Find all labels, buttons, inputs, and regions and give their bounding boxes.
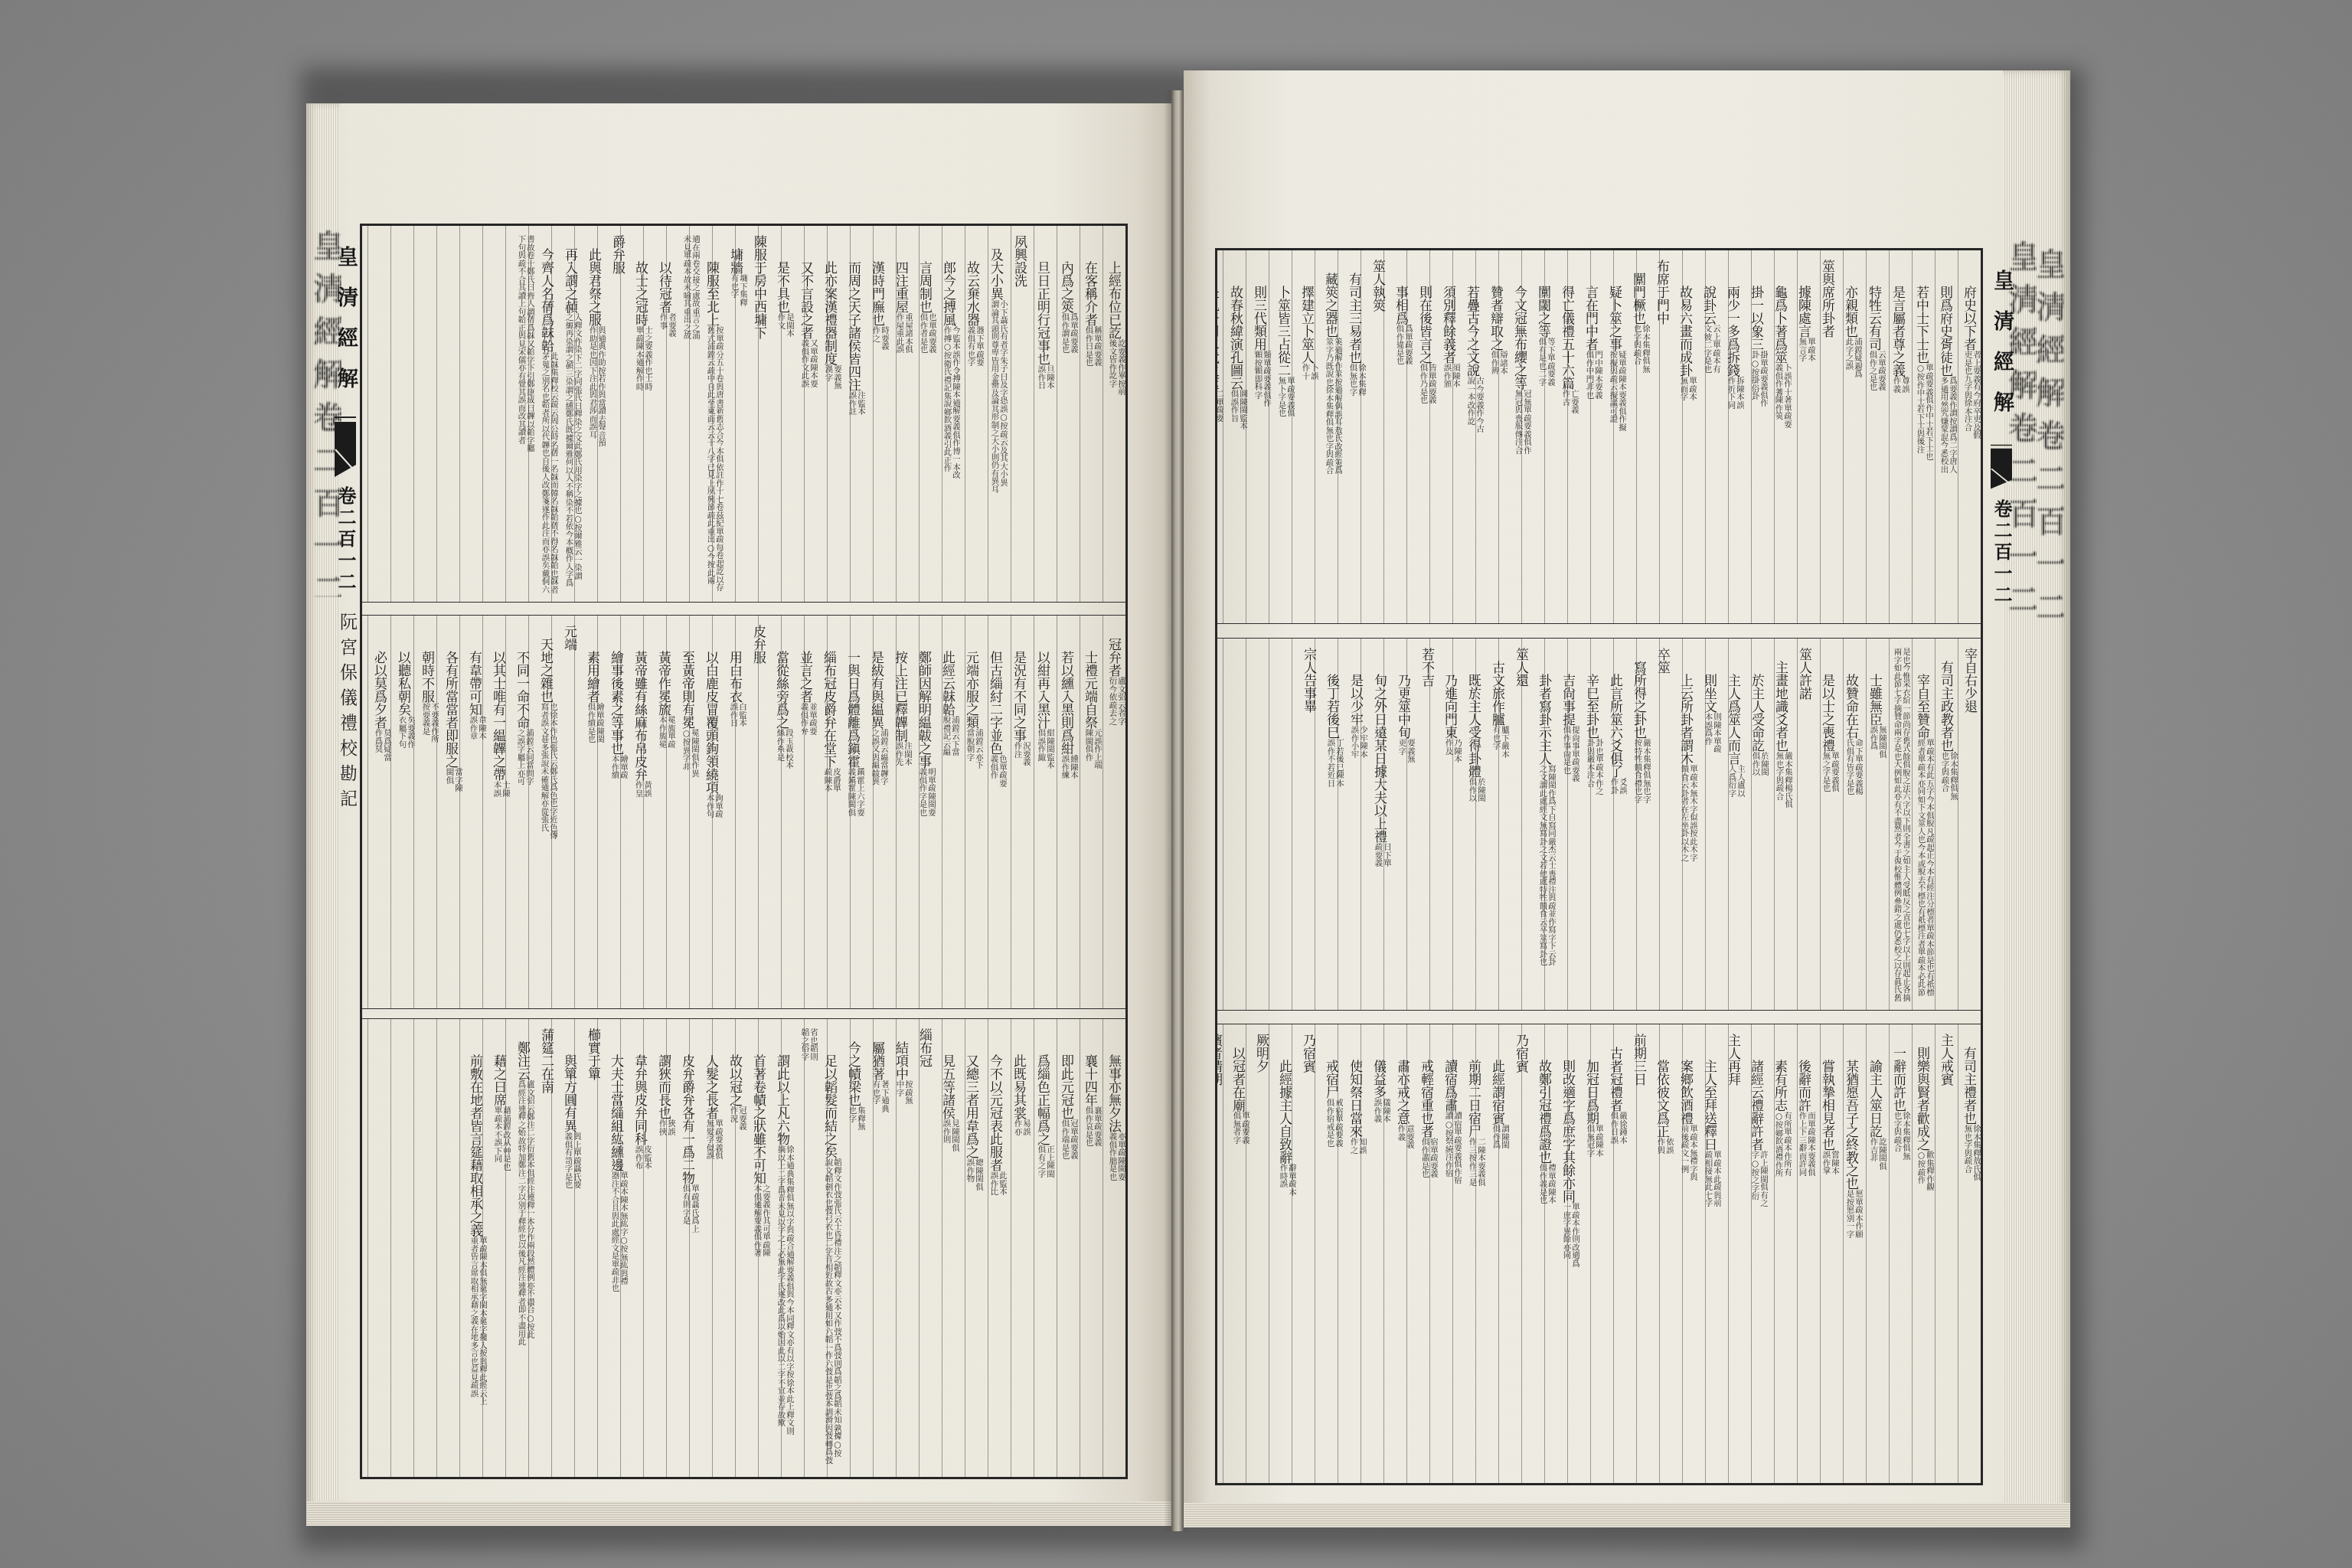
collation-entry: 案鄉飲酒禮單疏本無禮字與前後疏文一例	[1674, 1034, 1697, 1478]
collation-entry: 屬猶著著下通典有也字	[865, 1028, 889, 1472]
collation-entry: 諭主人筮日訖訖陳閩俱作吉非	[1863, 1034, 1886, 1478]
note-segment: 紺陳閩監本俱誤作緅	[1037, 729, 1054, 770]
quoted-phrase: 四注重屋	[893, 261, 908, 313]
note-segment: 單疏陳本俱無筵字閩本筵字攙入按與釋此經云上重者皆言席取相承藉之義在地多言也益見疏…	[469, 1236, 487, 1406]
classic-text-heading: 緇布冠	[913, 1028, 936, 1472]
collation-entry: 以待冠者者要義作事	[652, 235, 676, 597]
collation-entry: 擇建立卜筮人卜誤作十	[1295, 260, 1318, 619]
quoted-phrase: 寫所得之卦也	[1631, 661, 1646, 739]
collation-note: 於陳閩俱作以	[1749, 752, 1764, 777]
quoted-phrase: 吉尙事提	[1560, 674, 1575, 726]
note-segment: 白監本誤作日	[729, 703, 746, 728]
quoted-phrase: 夙興設洗	[1011, 235, 1027, 287]
collation-entry: 士禮元端自祭元誤作上端陳閩俱作	[1078, 625, 1102, 1004]
collation-entry: 首著卷幘之狀雖不可知之要義作其可單疏陳本俱通解要義俱作著	[746, 1028, 770, 1472]
note-segment: 士陳本誤	[492, 781, 510, 798]
quoted-phrase: 上經布位已訖	[1106, 261, 1121, 339]
collation-note: 盧文弨云者字衍今依疏去之	[1106, 677, 1121, 726]
quoted-phrase: 事相爲	[1393, 286, 1408, 325]
quoted-phrase: 闑門橛也	[1630, 273, 1645, 325]
quoted-phrase: 主人至拜送釋曰	[1701, 1060, 1717, 1151]
quoted-phrase: 筮人執筴	[1370, 260, 1385, 312]
collation-note: 黃誤作皇	[632, 781, 647, 798]
note-segment: 者要義作事	[658, 313, 676, 338]
collation-note: 段玉裁校本絲作糸是	[774, 729, 789, 770]
note-segment: 疑單疏陳本要義俱作擬按擬與疏云擬議可證	[1609, 351, 1626, 432]
quoted-phrase: 此與君祭之服	[586, 248, 601, 326]
collation-note: 此監本誤作比	[988, 1171, 1002, 1197]
collation-entry: 此經謂宿賓謂陳閩俱作爲	[1485, 1034, 1509, 1478]
quoted-phrase: 則樂與賢者歡成之	[1914, 1047, 1929, 1151]
quoted-phrase: 前期三日	[1631, 1034, 1646, 1086]
note-segment: 按疏無中字	[895, 1080, 913, 1106]
collation-entry: 須別釋餘義者須陳本誤作頒	[1436, 260, 1460, 619]
collation-entry: 既於主人受得卦體於陳閩俱作以	[1462, 648, 1485, 1005]
collation-entry: 故云棄水器器下單疏要義俱有也字	[960, 235, 984, 597]
collation-entry: 旦日正明行冠事也旦陳本誤作日	[1031, 235, 1054, 597]
note-segment: 浦鏜云同當問字之誤字屬上亦可	[516, 729, 534, 786]
note-segment: 盧文弨云者字衍今依疏去之	[1108, 677, 1125, 726]
collation-entry: 以其士唯有一緼韠之帶士陳本誤	[486, 625, 510, 1004]
collation-note: 命下單疏要義楊氏俱有皆字是也	[1844, 739, 1858, 796]
collation-note: 徐本集釋敖氏俱無也字與疏合	[1962, 1125, 1976, 1182]
collation-note: 等下單疏要義俱有是也二字	[1536, 338, 1550, 387]
quoted-phrase: 龜爲卜著爲筮	[1772, 286, 1787, 364]
note-segment: 士之要義作也士時單疏陳本通解作時	[635, 326, 652, 391]
collation-entry: 今文冠無布纓之等冠無單疏要義俱作無冠與喪服傳注合	[1508, 260, 1531, 619]
collation-entry: 以白鹿皮冒覆頭鉤領繞項鉤單疏本作句	[699, 625, 723, 1004]
collation-entry: 古者冠禮者嚴徐鍾本俱作日誤	[1603, 1034, 1627, 1478]
collation-entry: 若疊古今之文說古今要義作今古說一本改作訖	[1460, 260, 1484, 619]
collation-entry: 至黃帝則有冕冕陳閩俱作異○按異字非也	[675, 625, 699, 1004]
note-segment: 主人盧以人爲衍字	[1727, 765, 1745, 798]
collation-note: 士陳本誤	[491, 781, 505, 798]
note-segment: 於陳閩俱作以	[1751, 752, 1769, 777]
quoted-phrase: 於主人受命訖	[1749, 674, 1764, 752]
note-segment: 冠要義作況	[729, 1106, 746, 1132]
collation-note: 與通典作助按若作與當讀去聲音預作助是也因下注此與君涉而誤耳	[586, 326, 601, 448]
note-segment: 而單疏陳本要義俱作上下三辭而許同	[1798, 1112, 1815, 1177]
fishtail-mark-icon	[1991, 444, 2012, 490]
note-segment: 易誤作亦	[1013, 1119, 1031, 1136]
note-segment: 辭單疏本作時誤	[1279, 1164, 1296, 1197]
note-segment: 墉下集釋有也字	[730, 274, 747, 307]
note-segment: 謂陳閩俱作爲	[1491, 1125, 1509, 1150]
classic-text-heading: 乃宿賓	[1296, 1034, 1319, 1478]
note-segment: 單疏聶氏爲上俱有則字是	[681, 1184, 699, 1233]
collation-note: 易誤作亦	[1011, 1119, 1026, 1136]
collation-note: 與上單疏聶氏要義俱有笥字是也	[562, 1132, 577, 1190]
register-top: 府史以下者者上要義有今府卒吏及假吏是也九字與徐本注合則爲府史胥徒也爲要義作謂按謂…	[1217, 250, 1981, 624]
quoted-phrase: 筮人還	[1513, 648, 1528, 687]
note-segment: 浦鏜疑親爲此字之誤	[1844, 338, 1862, 379]
collation-note: 辯諸本俱作辨	[1488, 351, 1503, 376]
collation-entry: 是孔子用二代之筮二單疏要義俱作異	[1217, 260, 1223, 619]
collation-note: 門中陳本要義俱作中門非也	[1583, 351, 1598, 400]
collation-note: 明單疏陳閩要義俱作字是也	[916, 768, 931, 817]
note-segment: 韜釋文作弢張氏云士昏禮注之韜釋文亦云本又作弢不爲弢則爲韜之爲韜未知孰據○按說文韜…	[824, 1158, 841, 1465]
quoted-phrase: 主人戒賓	[1938, 1034, 1953, 1086]
note-segment: 之要義作其可單疏陳本俱通解要義俱作著	[753, 1184, 770, 1258]
quoted-phrase: 是孔子用二代之筮	[1217, 286, 1219, 390]
note-segment: 嘗陳本誤作掌	[1821, 1151, 1839, 1176]
quoted-phrase: 是況有不同之事	[1011, 651, 1026, 742]
quoted-phrase: 主畫地識爻者也	[1772, 661, 1788, 752]
collation-note: 徐本集釋俱無也字與疏合	[1891, 1112, 1906, 1161]
note-segment: 單疏要義俱作中士若下士也○按作中士若下士與後注合	[1916, 364, 1933, 461]
collation-note: 嚴徐鍾本俱作日誤	[1608, 1112, 1622, 1145]
collation-note: 紺陳閩監本俱誤作緅	[1035, 729, 1050, 770]
collation-entry: 則樂與賢者歡成之歡集釋作觀○按疏作歡	[1910, 1034, 1934, 1478]
quoted-phrase: 上云所卦者謂木	[1677, 674, 1693, 765]
quoted-phrase: 須別釋餘義者	[1440, 286, 1455, 364]
classic-text-heading: 筮與席所卦者	[1815, 260, 1838, 619]
collation-entry: 得亡儀禮五十六篇亡要義作古	[1555, 260, 1579, 619]
text-frame: 上經布位已訖訖要義作畢按前後文皆作訖字在客稱介者稱單疏要義俱作曰是也內爲之筴爲單…	[360, 224, 1128, 1479]
quoted-phrase: 讀宿爲肅	[1442, 1060, 1457, 1112]
collation-note: 單疏要義俱作中士若下士也○按作中士若下士與後注合	[1914, 364, 1929, 461]
quoted-phrase: 蒲筵二在南	[538, 1028, 554, 1093]
collation-note: 臚下嚴本有也字	[1490, 726, 1504, 759]
quoted-phrase: 此亦案漢禮器制度	[822, 261, 837, 365]
collation-note: 單疏要義俱無之字是也	[1820, 752, 1834, 793]
note-segment: 徐本通典集釋俱無以字與疏合通解要義俱與今本同釋文亦有以字按徐本此上釋文則摘以上二…	[776, 1145, 794, 1436]
collation-entry: 於主人受命訖於陳閩俱作以	[1745, 648, 1769, 1005]
quoted-phrase: 一與日爲體離爲鎭霍	[844, 651, 860, 768]
quoted-phrase: 前敷在地者皆言筵藉取相承之義	[467, 1054, 482, 1236]
collation-note: 況要義作注	[1011, 742, 1026, 767]
quoted-phrase: 爵弁服	[609, 235, 625, 274]
quoted-phrase: 辛巳至卦也	[1583, 674, 1599, 739]
quoted-phrase: 至黃帝則有冕	[679, 651, 694, 729]
collation-entry: 按上注已釋韠制注閩本誤作先	[888, 625, 912, 1004]
quoted-phrase: 而周之天子諸侯皆四注	[845, 261, 861, 391]
quoted-phrase: 鄭師因解明緼韍之事	[916, 651, 931, 768]
quoted-phrase: 元端亦服之類	[963, 651, 978, 729]
collation-entry: 闑門橛也徐本集釋俱無也字與疏合	[1626, 260, 1650, 619]
collation-entry: 韋弁與皮弁同科皮監本誤作布	[628, 1028, 652, 1472]
collation-note: 單疏本無而字	[1677, 377, 1692, 402]
collation-note: 冠要義作況	[727, 1106, 742, 1132]
note-segment: 浦鏜云緼當韠字之誤又與緼韍異	[871, 729, 888, 786]
collation-note: 當字陳閩俱	[443, 768, 458, 793]
collation-note: 著下通典有也字	[870, 1080, 884, 1113]
note-segment: 單疏本無而字	[1679, 377, 1697, 402]
quoted-phrase: 筮人許諾	[1796, 648, 1811, 700]
collation-entry: 闑閾之等等下單疏要義俱有是也二字	[1531, 260, 1555, 619]
note-segment: 訖陳閩俱作吉非	[1869, 1138, 1886, 1171]
note-segment: 等下單疏要義俱有是也二字	[1537, 338, 1555, 387]
collation-note: 乃陳本作及	[1442, 739, 1457, 764]
note-segment: 狹誤作挾	[658, 1119, 675, 1136]
collation-entry: 使知祭日當來知誤作之	[1343, 1034, 1367, 1478]
collation-entry: 有韋帶可知韋陳本誤作章	[462, 625, 486, 1004]
classic-text-heading: 宰自右少退	[1958, 648, 1981, 1005]
collation-entry: 有司主政教者也徐本集釋俱無也字與疏合	[1934, 648, 1958, 1005]
collation-note: 浦鏜云同當問字之誤字屬上亦可	[514, 729, 529, 786]
note-segment: 明單疏陳閩要義俱作字是也	[918, 768, 936, 817]
collation-entry: 主畫地識爻者也嚴本集釋楊氏俱無也字與疏合	[1769, 648, 1792, 1005]
quoted-phrase: 是以少牢	[1347, 674, 1363, 726]
note-segment: 愿單疏本作願是按愿別一字	[1845, 1190, 1863, 1239]
collation-entry: 肅亦戒之意意要義作義	[1390, 1034, 1414, 1478]
collation-entry: 贊者辯取之辯諸本俱作辨	[1484, 260, 1508, 619]
collation-entry: 無事亦無夕法亦單疏陳閩要義俱作朏是也	[1102, 1028, 1125, 1472]
collation-note: 有所單疏本作所有○按鄉飲酒禮作所有	[1772, 1112, 1787, 1185]
note-segment: 尊誤作義	[1892, 377, 1909, 394]
quoted-phrase: 有司主禮者也	[1961, 1047, 1976, 1125]
collation-entry: 言在門中者門中陳本要義俱作中門非也	[1579, 260, 1602, 619]
note-segment: 集釋無也字	[848, 1106, 865, 1132]
note-segment: 與上單疏聶氏要義俱有笥字是也	[563, 1132, 581, 1190]
collation-entry: 今之幘梁也集釋無也字	[841, 1028, 865, 1472]
fore-edge-header-bleed: 皇清經解卷二百一二	[2033, 248, 2064, 623]
collation-note: 徐本集釋俱無也字與疏合	[1631, 325, 1645, 374]
quoted-phrase: 若以纁入黑則爲紺	[1058, 651, 1073, 755]
collation-note: 單疏要義俱無者字	[1230, 1112, 1245, 1145]
collation-entry: 此亦案漢禮器制度要義無漢字	[818, 235, 841, 597]
quoted-phrase: 郎今之搏風	[940, 261, 955, 326]
note-segment: 單疏要義俱無卜字是也	[1277, 377, 1295, 418]
collation-note: 爻誤作卦	[1608, 778, 1622, 795]
classic-text-heading: 蒲筵二在南	[534, 1028, 557, 1472]
collation-note: 拆陳本誤作折下同	[1725, 377, 1739, 410]
collation-note: 依誤作與	[1655, 1138, 1669, 1155]
volume-number: 卷二百一二	[334, 486, 357, 593]
collation-note: 不要義作所按要義是	[420, 703, 434, 744]
collation-entry: 此與君祭之服與通典作助按若作與當讀去聲音預作助是也因下注此與君涉而誤耳	[582, 235, 606, 597]
collation-entry: 是以士之喪禮單疏要義俱無之字是也	[1815, 648, 1839, 1005]
collation-entry: 與簞方圓有異與上單疏聶氏要義俱有笥字是也	[557, 1028, 581, 1472]
note-segment: 二單疏要義俱作異	[1217, 390, 1223, 423]
note-segment: 爻誤作卦	[1609, 778, 1627, 795]
note-segment: 當字陳閩俱	[445, 768, 462, 793]
classic-text-heading: 筮人還	[1509, 648, 1532, 1005]
collation-entry: 掛一以象三掛單疏要義俱作卦○按掛俗卦字	[1744, 260, 1768, 619]
classic-text-heading: 卒筮	[1651, 648, 1674, 1005]
collation-note: 卜誤作十著單疏要義俱作蓍陳作筴	[1772, 364, 1787, 429]
collation-entry: 辛巳至卦也卦也單疏本作之卦與嚴本注合	[1579, 648, 1603, 1005]
note-segment: 命下單疏要義楊氏俱有皆字是也	[1845, 739, 1863, 796]
collation-entry: 是不具也是閩本作文	[770, 235, 794, 597]
collation-note: 重屋諸本俱作屋重此誤	[893, 313, 908, 354]
collation-note: 知誤作之	[1347, 1138, 1362, 1155]
note-segment: 時要義作之	[871, 326, 889, 351]
note-segment: 單疏本此疏與前疏相接無此七字	[1704, 1151, 1721, 1208]
note-segment: 著下通典有也字	[871, 1080, 889, 1113]
note-segment: 注閩本誤作先	[894, 742, 912, 767]
collation-note: 辭單疏本作時誤	[1277, 1164, 1292, 1197]
collation-note: 單疏陳本俱無筵字閩本筵字攙入按與釋此經云上重者皆言席取相承藉之義在地多言也益見疏…	[468, 1236, 482, 1406]
note-segment: 卜誤作十著單疏要義俱作蓍陳作筴	[1774, 364, 1792, 429]
collation-note: 卜誤作十	[1299, 364, 1314, 381]
quoted-phrase: 又不言設之者	[798, 261, 813, 339]
collation-note: 無陳閩俱誤作爲	[1867, 726, 1882, 759]
quoted-phrase: 用白布衣	[727, 651, 742, 703]
quoted-phrase: 使知祭日當來	[1347, 1060, 1362, 1138]
classic-text-heading: 乃宿賓	[1509, 1034, 1532, 1478]
quoted-phrase: 有司主三易者也	[1346, 273, 1361, 364]
collation-entry: 寫所得之卦也嚴本集釋俱無也字按特牲饋食禮也字	[1627, 648, 1651, 1005]
note-segment: 類單疏要義俱作顆按顆即科字	[1253, 351, 1271, 408]
note-segment: 器下單疏要義俱有也字	[966, 326, 984, 367]
note-segment: 正上陳閩俱有之字	[1037, 1145, 1054, 1178]
note-segment: 單疏本無禮字與前後疏文一例	[1680, 1125, 1697, 1182]
classic-text-heading: 厥明夕	[1249, 1034, 1272, 1478]
collation-note: 丁若後巳陳本誤作不若近日	[1325, 739, 1339, 788]
collation-note: 繪單疏陳閩俱作繢是也	[585, 703, 599, 744]
collation-note: 云單疏要義俱作之是也	[1867, 351, 1881, 392]
quoted-phrase: 是言屬者尊之義	[1890, 286, 1905, 377]
collation-entry: 足以韜髮而結之矣韜釋文作弢張氏云士昏禮注之韜釋文亦云本又作弢不爲弢則爲韜之爲韜未…	[794, 1028, 841, 1472]
collation-note: 訖陳閩俱作吉非	[1867, 1138, 1882, 1171]
collation-note: 單疏本無木字似誤按此木字饋食云卦者在左坐卦以木之	[1678, 765, 1693, 862]
quoted-phrase: 主人爲筮人而言	[1725, 674, 1740, 765]
collation-note: 並單疏要義俱作弁	[798, 703, 812, 736]
quoted-phrase: 旦日正明行冠事也	[1034, 261, 1050, 365]
quoted-phrase: 當從絲旁爲之	[773, 651, 789, 729]
collation-entry: 素用繪者繪單疏陳閩俱作繢是也	[580, 625, 604, 1004]
note-segment: 不要義作所按要義是	[421, 703, 439, 744]
note-segment: 單疏本無木字似誤按此木字饋食云卦者在左坐卦以木之	[1680, 765, 1697, 862]
note-segment: 適在兩卷交接之處故重言之浦未見單疏本故未喻其重出之故	[682, 235, 700, 341]
note-segment: 者上要義有今府卒吏及假吏是也九字與徐本注合	[1963, 351, 1981, 440]
quoted-phrase: 故云棄水器	[964, 261, 979, 326]
collation-entry: 上經布位已訖訖要義作畢按前後文皆作訖字	[1102, 235, 1125, 597]
collation-note: 今監本誤作令搏陳本通解要義俱作博一本改作搏○按衛氏禮記集說鄉飲酒義引此正作搏	[941, 326, 955, 480]
collation-note: 戒宿單疏要義俱作宿戒是也	[1324, 1099, 1338, 1148]
collation-note: 纁陳本誤作練	[1059, 755, 1073, 780]
quoted-phrase: 再入謂之赬	[562, 248, 577, 313]
collation-entry: 則在後皆言之皆單疏要義俱作乃是也	[1413, 260, 1436, 619]
collation-note: 單疏聶氏爲上俱有則字是	[680, 1184, 694, 1233]
quoted-phrase: 此既易其裳	[1011, 1054, 1026, 1119]
collation-entry: 緇布冠皮爵弁在堂下皮爵單疏陳本	[817, 625, 841, 1004]
collation-entry: 卜筮皆三占從二單疏要義俱無卜字是也	[1271, 260, 1295, 619]
collation-entry: 當從絲旁爲之段玉裁校本絲作糸是	[769, 625, 793, 1004]
collation-entry: 襄十四年襄單疏要義俱作哀是也	[1078, 1028, 1102, 1472]
classic-text-heading: 宗人告事畢	[1297, 648, 1320, 1005]
quoted-phrase: 旬之外日遠某日據大夫以上禮	[1371, 674, 1387, 843]
quoted-phrase: 則爲府史胥徒也	[1937, 286, 1952, 377]
collation-entry: 後辭而許而單疏陳本要義俱作上下三辭而許同	[1792, 1034, 1815, 1478]
collation-entry: 戒宿尸戒宿單疏要義俱作宿戒是也	[1319, 1034, 1343, 1478]
classic-text-heading: 主人再拜	[1721, 1034, 1744, 1478]
collation-entry: 一辭而許也徐本集釋俱無也字與疏合	[1886, 1034, 1910, 1478]
collation-entry: 當依彼文爲正依誤作與	[1650, 1034, 1674, 1478]
collation-note: 亦單疏陳閩要義俱作朏是也	[1106, 1132, 1121, 1181]
note-segment: 冕陳閩俱作異○按異字非也	[681, 729, 699, 778]
quoted-phrase: 既於主人受得卦體	[1465, 674, 1481, 778]
note-segment: 段玉裁校本絲作糸是	[776, 729, 793, 770]
collation-note: 意要義作義	[1395, 1125, 1410, 1150]
quoted-phrase: 某猶愿吾子之終教之也	[1843, 1060, 1858, 1190]
quoted-phrase: 爲緇色正幅爲之	[1034, 1054, 1050, 1145]
collation-entry: 主人爲筮人而言主人盧以人爲衍字	[1721, 648, 1745, 1005]
note-segment: 戒宿單疏要義俱作宿戒是也	[1325, 1099, 1343, 1148]
quoted-phrase: 在客稱介者	[1082, 261, 1097, 326]
collation-entry: 郎今之搏風今監本誤作令搏陳本通解要義俱作博一本改作搏○按衛氏禮記集說鄉飲酒義引此…	[936, 235, 960, 597]
quoted-phrase: 特牲云有司	[1866, 286, 1881, 351]
note-segment: 也單疏要義俱作者是也	[919, 313, 936, 354]
collation-note: 者要義作事	[657, 313, 671, 338]
classic-text-heading: 布席于門中	[1650, 260, 1673, 619]
note-segment: 盧文弨云鄭注二字衍舊本俱經注連釋一本分作兩段然體例亦不盡合○按此爲經注連釋之始故…	[517, 1080, 534, 1347]
note-segment: 藉浦鏜改从艸是也單疏本不誤下同	[493, 1106, 511, 1171]
quoted-phrase: 是紱有與緼異	[868, 651, 884, 729]
collation-note: 筴通解作筮按通解偶誤耳敖氏改經筴爲筮字乃既說也徐本集釋俱無也字與疏合	[1323, 338, 1338, 475]
collation-note: 尊誤作義	[1890, 377, 1905, 394]
note-segment: 今監本誤作令搏陳本通解要義俱作博一本改作搏○按衛氏禮記集說鄉飲酒義引此正作搏	[942, 326, 960, 480]
classic-text-heading: 主人戒賓	[1934, 1034, 1957, 1478]
collation-note: 注閩本誤作先	[893, 742, 907, 767]
left-page: 皇清經解卷二百一二 皇清經解 卷二百一二 阮宮保儀禮校勘記 上經布位已訖訖要義作…	[306, 103, 1171, 1526]
collation-entry: 故以冠之冠要義作況	[723, 1028, 746, 1472]
collation-entry: 再入謂之赬入釋文作染下二字同張氏曰釋染之文此鄭氏用染字之據也○按爾雅云一染謂之縓…	[558, 235, 582, 597]
collation-entry: 即此元冠也冠單疏要義俱作端是也	[1054, 1028, 1078, 1472]
note-segment: 徐本集釋敖氏俱無也字與疏合	[1963, 1125, 1981, 1182]
note-segment: 亦單疏陳閩要義俱作朏是也	[1108, 1132, 1125, 1181]
text-frame: 府史以下者者上要義有今府卒吏及假吏是也九字與徐本注合則爲府史胥徒也爲要義作謂按謂…	[1215, 248, 1983, 1485]
note-segment: 單疏本無言字	[1798, 338, 1815, 363]
note-segment: 掛單疏要義俱作卦○按掛俗卦字	[1750, 351, 1768, 408]
collation-entry: 墉牆墉下集釋有也字	[724, 235, 747, 597]
book-title: 阮宮保儀禮校勘記	[335, 612, 358, 815]
collation-entry: 前期二日宿尸二陳本要義俱作三按作三是	[1462, 1034, 1485, 1478]
note-segment: 繪單疏本作繢	[610, 755, 628, 780]
collation-note: 皮監本誤作布	[632, 1145, 647, 1171]
note-segment: 徐本集釋俱無也字與疏合	[1940, 752, 1958, 801]
note-segment: 與通典作助按若作與當讀去聲音預作助是也因下注此與君涉而誤耳	[588, 326, 606, 448]
collation-note: 旦陳本誤作日	[1035, 365, 1050, 390]
collation-entry: 見五等諸侯見陳閩俱誤作則	[936, 1028, 959, 1472]
collation-note: 提尙事單疏要義俱作事尙是也	[1560, 726, 1575, 783]
collation-entry: 亦親類也浦鏜疑親爲此字之誤	[1838, 260, 1862, 619]
quoted-phrase: 今不以元冠表此服者	[987, 1054, 1002, 1171]
quoted-phrase: 與簞方圓有異	[561, 1054, 577, 1132]
collation-entry: 此言所筮六爻俱了爻誤作卦	[1603, 648, 1627, 1005]
note-segment: 冠無單疏要義俱作無冠與喪服傳注合	[1514, 390, 1531, 455]
note-segment: 皮爵單疏陳本	[823, 768, 841, 793]
note-segment: 禮單疏陳本俱作義是也	[1538, 1164, 1556, 1205]
collation-note: 圖陳閩監本俱誤作旨	[1228, 390, 1243, 431]
register-bottom: 無事亦無夕法亦單疏陳閩要義俱作朏是也襄十四年襄單疏要義俱作哀是也即此元冠也冠單疏…	[362, 1018, 1125, 1477]
note-segment: 意要義作義	[1396, 1125, 1414, 1150]
note-segment: 重屋諸本俱作屋重此誤	[895, 313, 913, 354]
register-middle: 宰自右少退有司主政教者也徐本集釋俱無也字與疏合宰自至贊命單疏本有此五字今本俱脫凡…	[1217, 638, 1981, 1011]
collation-entry: 兩少一多爲拆錢拆陳本誤作折下同	[1720, 260, 1744, 619]
collation-note: 白監本誤作日	[727, 703, 742, 728]
quoted-phrase: 黃帝作冕旒	[655, 651, 671, 716]
quoted-phrase: 乃宿賓	[1513, 1034, 1528, 1073]
quoted-phrase: 戒輕宿重也者	[1418, 1060, 1433, 1138]
classic-text-heading: 元端	[557, 625, 580, 1004]
quoted-phrase: 若疊古今之文說	[1464, 286, 1479, 377]
note-segment: 辯諸本俱作辨	[1490, 351, 1508, 376]
note-segment: 單疏本有此五字今本俱脫凡疏起止今本有經注分標者單疏本節是也有祇標經者單疏本亦同如…	[1916, 739, 1934, 997]
quoted-phrase: 皮弁服	[750, 625, 766, 664]
collation-entry: 各有所當當者即服之當字陳閩俱	[439, 625, 462, 1004]
collation-entry: 四注重屋重屋諸本俱作屋重此誤	[889, 235, 913, 597]
note-segment: 省也韜則韜之俗字	[800, 1028, 818, 1061]
collation-entry: 謂狹而長也狹誤作挾	[652, 1028, 675, 1472]
quoted-phrase: 以待冠者	[656, 261, 671, 313]
collation-note: 古今要義作今古說一本改作訖	[1465, 377, 1479, 434]
collation-entry: 在客稱介者稱單疏要義俱作曰是也	[1078, 235, 1102, 597]
collation-note: 也單疏要義俱作者是也	[917, 313, 932, 354]
note-segment: 色單疏要義俱作	[989, 755, 1007, 788]
note-segment: 鉤單疏本作句	[705, 794, 723, 819]
